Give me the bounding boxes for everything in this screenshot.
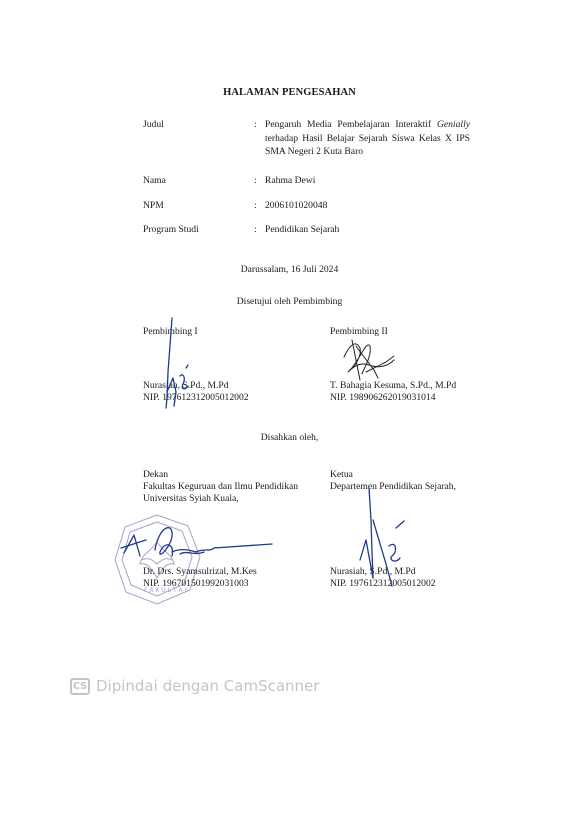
field-label: NPM xyxy=(143,199,253,213)
field-colon: : xyxy=(254,174,257,188)
official-dekan-heading: Dekan Fakultas Keguruan dan Ilmu Pendidi… xyxy=(143,469,298,505)
field-label: Judul xyxy=(143,118,253,132)
official-nip: NIP. 196701501992031003 xyxy=(143,578,257,590)
page-title: HALAMAN PENGESAHAN xyxy=(0,87,579,98)
faculty-stamp-icon: F A K U L T A S xyxy=(112,512,202,607)
supervisor-2-role: Pembimbing II xyxy=(330,326,388,338)
unit-line: Departemen Pendidikan Sejarah, xyxy=(330,481,456,493)
supervisor-name: T. Bahagia Kesuma, S.Pd., M.Pd xyxy=(330,380,456,392)
judul-part-2: terhadap Hasil Belajar Sejarah Siswa Kel… xyxy=(265,133,470,158)
role-label: Pembimbing I xyxy=(143,326,198,338)
unit-line: Universitas Syiah Kuala, xyxy=(143,493,298,505)
judul-italic-term: Genially xyxy=(437,119,470,130)
field-colon: : xyxy=(254,199,257,213)
official-nip: NIP. 197612312005012002 xyxy=(330,578,436,590)
supervisor-1-identity: Nurasiah, S.Pd., M.Pd NIP. 1976123120050… xyxy=(143,380,249,404)
place-date: Darussalam, 16 Juli 2024 xyxy=(0,264,579,275)
supervisor-1-role: Pembimbing I xyxy=(143,326,198,338)
camscanner-logo-icon: CS xyxy=(70,678,90,695)
role-label: Dekan xyxy=(143,469,298,481)
official-ketua-identity: Nurasiah, S.Pd., M.Pd NIP. 1976123120050… xyxy=(330,566,436,590)
field-value-nama: Rahma Dewi xyxy=(265,174,470,188)
field-value-program-studi: Pendidikan Sejarah xyxy=(265,223,470,237)
supervisor-2-identity: T. Bahagia Kesuma, S.Pd., M.Pd NIP. 1989… xyxy=(330,380,456,404)
supervisor-name: Nurasiah, S.Pd., M.Pd xyxy=(143,380,249,392)
official-name: Nurasiah, S.Pd., M.Pd xyxy=(330,566,436,578)
field-label: Nama xyxy=(143,174,253,188)
scanned-document-page: HALAMAN PENGESAHAN Judul : Pengaruh Medi… xyxy=(0,0,579,819)
camscanner-watermark: CS Dipindai dengan CamScanner xyxy=(70,677,319,695)
role-label: Ketua xyxy=(330,469,456,481)
signature-pembimbing-2-icon xyxy=(344,340,394,380)
official-name: Dr. Drs. Syamsulrizal, M.Kes xyxy=(143,566,257,578)
role-label: Pembimbing II xyxy=(330,326,388,338)
field-colon: : xyxy=(254,118,257,132)
field-colon: : xyxy=(254,223,257,237)
watermark-text: Dipindai dengan CamScanner xyxy=(96,677,319,695)
approved-by-heading: Disetujui oleh Pembimbing xyxy=(0,296,579,307)
field-label: Program Studi xyxy=(143,223,253,237)
unit-line: Fakultas Keguruan dan Ilmu Pendidikan xyxy=(143,481,298,493)
field-value-judul: Pengaruh Media Pembelajaran Interaktif G… xyxy=(265,118,470,159)
official-dekan-identity: Dr. Drs. Syamsulrizal, M.Kes NIP. 196701… xyxy=(143,566,257,590)
field-value-npm: 2006101020048 xyxy=(265,199,470,213)
official-ketua-heading: Ketua Departemen Pendidikan Sejarah, xyxy=(330,469,456,493)
supervisor-nip: NIP. 198906262019031014 xyxy=(330,392,456,404)
ratified-by-heading: Disahkan oleh, xyxy=(0,432,579,443)
judul-part-1: Pengaruh Media Pembelajaran Interaktif xyxy=(265,119,437,130)
supervisor-nip: NIP. 197612312005012002 xyxy=(143,392,249,404)
